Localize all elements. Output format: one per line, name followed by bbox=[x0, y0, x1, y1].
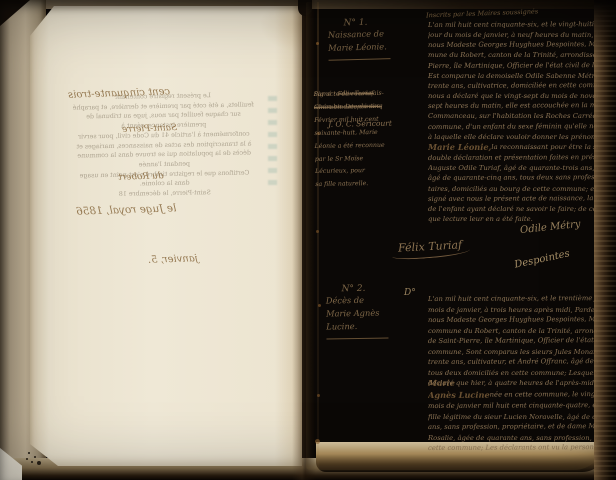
entry1-lines-after: double déclaration et présentation faite… bbox=[428, 153, 604, 214]
register-book-scan: Le présent registre contenantfeuillets, … bbox=[0, 0, 616, 480]
entry1-margin-note-lines: Par acte de reconnais-sance en date du c… bbox=[314, 88, 386, 192]
entry2-person-name: Lucine. bbox=[326, 319, 388, 333]
handwritten-line: nous Modeste Georges Huyghues Despointes… bbox=[428, 39, 604, 50]
handwritten-line-with-name: déclaré que hier, à quatre heures de l'a… bbox=[428, 378, 604, 390]
line-rest: la reconnaissant pour être la sienne. De… bbox=[491, 142, 604, 152]
handwritten-line: de Saint-Pierre, île Martinique, Officie… bbox=[428, 335, 604, 346]
handwritten-line: sept heures du matin, elle est accouchée… bbox=[428, 100, 604, 111]
showthrough-handwriting: du Robert bbox=[118, 171, 164, 183]
handwritten-line: taires, domiciliés au bourg de cette com… bbox=[428, 184, 604, 194]
margin-note-line: Février mil huit cent bbox=[314, 114, 384, 128]
handwritten-line: cette commune; Les déclarants ont vu la … bbox=[428, 442, 604, 453]
deceased-name: Agnès Lucine bbox=[428, 389, 490, 399]
line-pre: déclaré que hier, à quatre heures de l'a… bbox=[428, 378, 604, 389]
handwritten-line: de l'enfant ayant déclaré ne savoir le f… bbox=[428, 204, 604, 214]
crease-stain-line bbox=[317, 2, 319, 470]
margin-note-line: sa fille naturelle. bbox=[315, 178, 385, 192]
entry2-lines-before: L'an mil huit cent cinquante-six, et le … bbox=[428, 294, 604, 378]
ink-specks bbox=[28, 452, 30, 454]
handwritten-line: L'an mil huit cent cinquante-six, et le … bbox=[428, 293, 604, 304]
handwritten-line: Commanceau, sur l'habitation les Roches … bbox=[428, 111, 604, 121]
handwritten-line: commune, d'un enfant du sexe féminin qu'… bbox=[428, 121, 604, 132]
margin-rule bbox=[329, 58, 391, 61]
line-rest: née en cette commune, le vingt-huit du bbox=[490, 389, 604, 400]
margin-note-line: sance en date du cinq bbox=[314, 101, 384, 115]
entry2-margin-heading: N° 2. Décès de Marie Agnès Lucine. bbox=[326, 283, 389, 339]
left-page: Le présent registre contenantfeuillets, … bbox=[30, 6, 302, 466]
handwritten-line: trente ans, cultivatrice, domiciliée en … bbox=[428, 80, 604, 91]
margin-note-line: Lécurieux, pour bbox=[315, 165, 385, 179]
handwritten-line-with-name: Agnès Lucine née en cette commune, le vi… bbox=[428, 389, 604, 401]
handwritten-line: tous deux domiciliés en cette commune; L… bbox=[428, 368, 604, 379]
handwritten-line: trente ans, cultivateur, et André Offran… bbox=[428, 356, 604, 367]
entry2-body: L'an mil huit cent cinquante-six, et le … bbox=[428, 294, 604, 454]
handwritten-line: signé avec nous le présent acte de naiss… bbox=[428, 193, 604, 204]
stamp-showthrough bbox=[268, 96, 277, 188]
margin-rule bbox=[326, 337, 388, 339]
handwritten-line: mois de janvier mil huit cent cinquante-… bbox=[428, 400, 604, 411]
handwritten-line: nous Modeste Georges Huyghues Despointes… bbox=[428, 314, 604, 325]
right-page: Inscrits par les Maires soussignés N° 1.… bbox=[306, 2, 604, 470]
showthrough-handwriting: janvier, 5. bbox=[148, 253, 198, 266]
entry2-act-type: Décès de bbox=[326, 293, 388, 307]
margin-note-line: soixante-huit, Marie bbox=[314, 127, 384, 141]
handwritten-line: ans, sans profession, propriétaire, et d… bbox=[428, 421, 604, 432]
margin-note-line: Léonie a été reconnue bbox=[315, 139, 385, 153]
entry2-lead-mark: D° bbox=[404, 288, 416, 298]
entry1-margin-heading: N° 1. Naissance de Marie Léonie. bbox=[327, 17, 390, 61]
signature-despointes: Despointes bbox=[513, 248, 570, 270]
entry1-lines-before: L'an mil huit cent cinquante-six, et le … bbox=[428, 20, 604, 142]
fore-edge-pages bbox=[594, 0, 616, 480]
handwritten-line: âgé de quarante-cinq ans, tous deux sans… bbox=[428, 172, 604, 183]
margin-note-line: Par acte de reconnais- bbox=[314, 88, 384, 102]
entry1-person-name: Marie Léonie. bbox=[328, 40, 390, 55]
entry1-body: L'an mil huit cent cinquante-six, et le … bbox=[428, 20, 604, 224]
handwritten-line: à laquelle elle déclare vouloir donner l… bbox=[428, 132, 604, 142]
handwritten-line: mune du Robert, canton de la Trinité, ar… bbox=[428, 50, 604, 60]
margin-note-line: par le Sr Moïse bbox=[315, 152, 385, 166]
handwritten-line: L'an mil huit cent cinquante-six, et le … bbox=[428, 19, 604, 30]
showthrough-handwriting: le Juge royal, 1856 bbox=[76, 202, 177, 217]
showthrough-printed-text: Le présent registre contenantfeuillets, … bbox=[55, 90, 273, 200]
handwritten-line: Pierre, île Martinique, Officier de l'ét… bbox=[428, 60, 604, 71]
entry2-person-name: Marie Agnès bbox=[326, 306, 388, 320]
entry1-margin-note: Par acte de reconnais-sance en date du c… bbox=[314, 87, 431, 131]
faint-annotation: Inscrits par les Maires soussignés bbox=[426, 5, 604, 20]
handwritten-line: double déclaration et présentation faite… bbox=[428, 152, 604, 163]
child-name: Marie Léonie, bbox=[428, 142, 491, 152]
showthrough-handwriting: Saint-Pierre bbox=[122, 123, 177, 135]
entry2-lines-after: mois de janvier mil huit cent cinquante-… bbox=[428, 401, 604, 454]
